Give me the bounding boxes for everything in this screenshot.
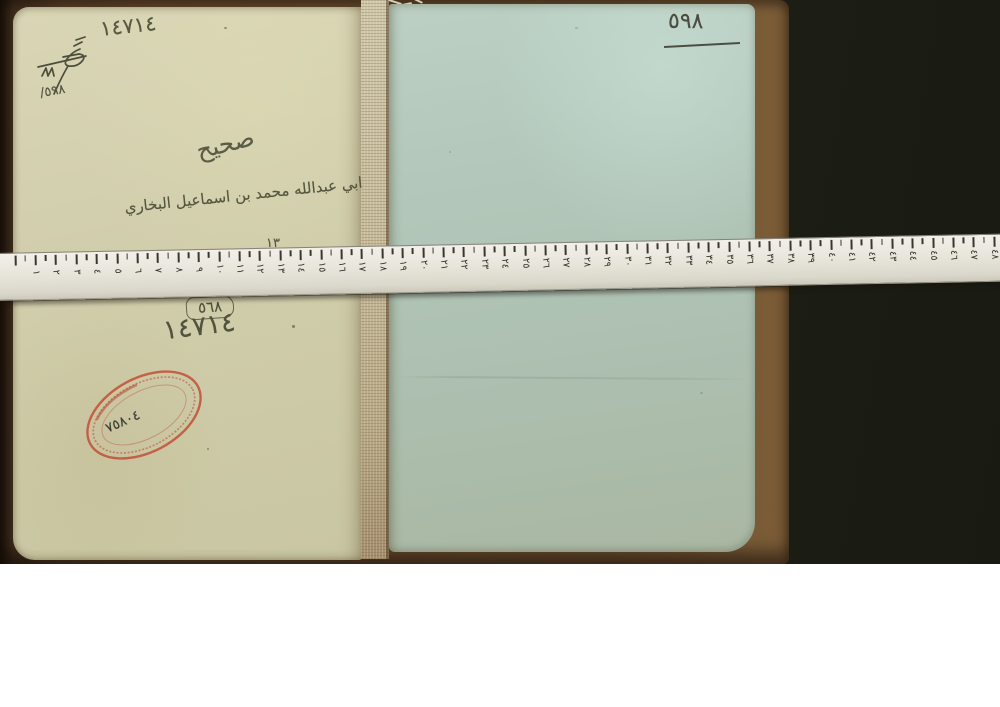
ruler-number: ٤٢ [866,248,877,266]
ruler-tick [290,250,292,256]
ruler-number: ٣٥ [724,250,735,268]
ruler-tick [657,243,659,249]
ruler-tick [14,256,16,266]
ruler-tick [412,248,414,254]
ruler-number: ٦ [132,262,143,280]
ruler-tick [392,248,394,254]
ruler-tick [330,250,332,256]
photograph-area: ١٤٧١٤ /٥٩٨ صحيح ابي عبدالله محمد بن اسما… [0,0,1000,564]
ruler-tick [473,247,475,253]
ruler-tick [228,251,230,257]
ruler-number: ٧ [153,261,164,279]
ruler-number: ٤٣ [887,247,898,265]
ruler-tick [901,239,903,245]
ruler-number: ١٣ [275,259,286,277]
ruler-number: ٢٩ [601,253,612,271]
ruler-tick [249,251,251,257]
ruler-tick [861,239,863,245]
ruler-tick [595,244,597,250]
ruler-number: ٥ [112,262,123,280]
ruler-number: ٨ [173,261,184,279]
ruler-number: ١٢ [255,259,266,277]
manuscript-photo-page: ١٤٧١٤ /٥٩٨ صحيح ابي عبدالله محمد بن اسما… [0,0,1000,707]
ruler-tick [351,249,353,255]
ruler-tick [147,253,149,259]
ruler-tick [575,245,577,251]
ruler-number: ٢٢ [459,255,470,273]
dust-speck [292,325,295,328]
ruler-tick [208,252,210,258]
ruler-number: ٣٠ [622,252,633,270]
dust-speck [700,392,703,394]
ruler-number: ١١ [234,260,245,278]
ruler-number: ١٥ [316,258,327,276]
ruler-number: ٣٤ [703,251,714,269]
ruler-number: ١٩ [397,257,408,275]
ruler-number: ٤٧ [968,246,979,264]
ruler-number: ٢٦ [540,254,551,272]
ruler-tick [45,255,47,261]
ruler-tick [65,255,67,261]
ruler-number: ٣٩ [805,249,816,267]
dust-speck [207,448,209,450]
ruler-tick [983,237,985,243]
ruler-tick [881,239,883,245]
ruler-tick [371,249,373,255]
ruler-number: ٤٥ [928,246,939,264]
ruler-number: ٢٤ [499,255,510,273]
ruler-number: ٢١ [438,256,449,274]
ruler-number: ٩ [193,260,204,278]
dust-speck [575,27,578,29]
ruler-tick [718,242,720,248]
ruler-number: ٢٠ [418,256,429,274]
ruler-number: ٤٠ [826,248,837,266]
ruler-number: ٢٣ [479,255,490,273]
ruler-number: ٤ [91,262,102,280]
scan-margin [0,564,1000,707]
ruler-number: ١٨ [377,257,388,275]
ruler-tick [167,253,169,259]
ruler-tick [616,244,618,250]
ruler-number: ٣١ [642,252,653,270]
ruler-number: ٢٥ [520,254,531,272]
ruler-tick [799,241,801,247]
ruler-tick [86,254,88,260]
ruler-tick [432,248,434,254]
ruler-tick [494,246,496,252]
ruler-number: ١٧ [357,257,368,275]
ruler-number: ١٦ [336,258,347,276]
ruler-tick [942,238,944,244]
dust-speck [449,151,451,153]
ruler-tick [779,241,781,247]
ruler-number: ٣٣ [683,251,694,269]
ruler-tick [534,246,536,252]
ruler-number: ١٤ [295,258,306,276]
ruler-number: ٤١ [846,248,857,266]
ruler-tick [310,250,312,256]
ruler-tick [514,246,516,252]
ruler-tick [126,253,128,259]
page-number-right: ٥٩٨ [668,9,704,35]
ruler-tick [106,254,108,260]
ruler-tick [269,251,271,257]
ruler-tick [738,242,740,248]
ruler-number: ١٠ [214,260,225,278]
ruler-tick [188,252,190,258]
ruler-tick [922,238,924,244]
ruler-number: ٣٦ [744,250,755,268]
ruler-number: ٤٤ [907,247,918,265]
ruler-tick [636,244,638,250]
ruler-number: ٣ [71,263,82,281]
ruler-number: ٣٧ [765,249,776,267]
ruler-number: ٤٦ [948,246,959,264]
ruler-tick [697,242,699,248]
ruler-tick [677,243,679,249]
ruler-tick [555,245,557,251]
ruler-tick [963,237,965,243]
ruler-tick [840,240,842,246]
ruler-number: ٤٨ [989,245,1000,263]
ruler-number: ١ [30,264,41,282]
ruler-number: ٣٢ [663,251,674,269]
ruler-number: ٢ [51,263,62,281]
ruler-tick [759,241,761,247]
ruler-number: ٣٨ [785,249,796,267]
ruler-tick [820,240,822,246]
dust-speck [224,27,227,29]
ruler-number: ٢٧ [561,253,572,271]
ruler-tick [453,247,455,253]
ruler-number: ٢٨ [581,253,592,271]
ruler-tick [24,255,26,261]
